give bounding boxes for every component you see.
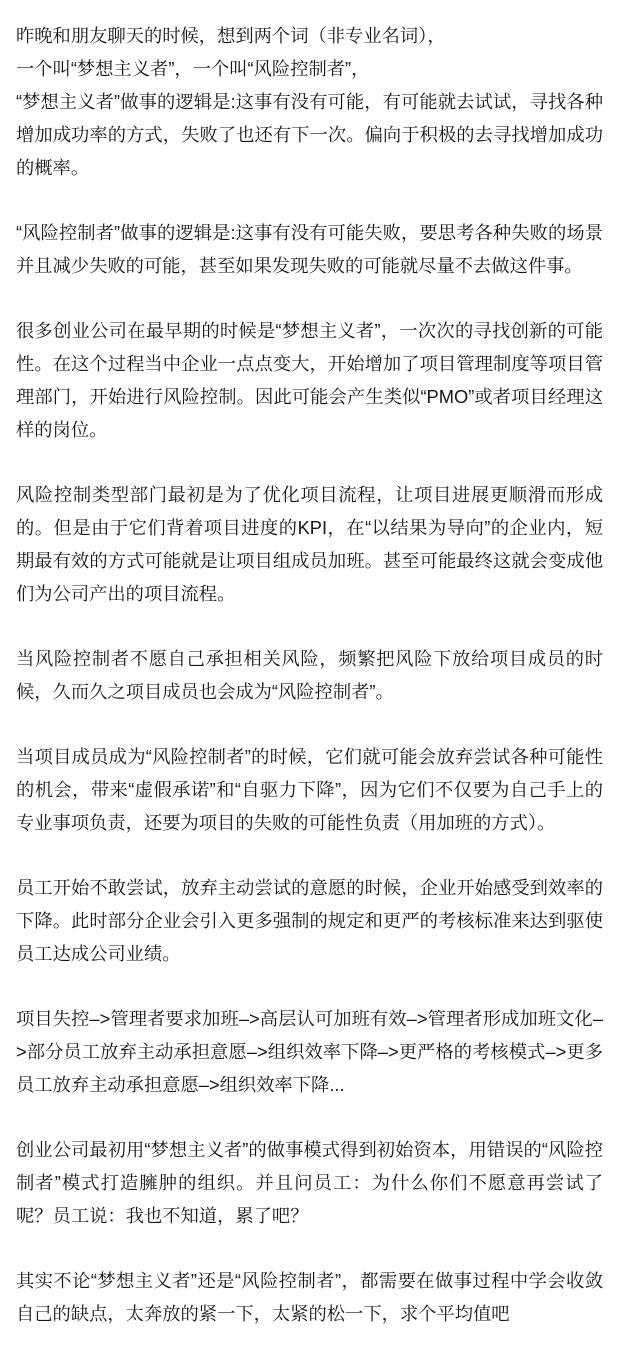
paragraph-members-become-controllers: 当项目成员成为“风险控制者”的时候，它们就可能会放弃尝试各种可能性的机会，带来“… xyxy=(16,740,603,839)
paragraph-bloated-org: 创业公司最初用“梦想主义者”的做事模式得到初始资本，用错误的“风险控制者”模式打… xyxy=(16,1133,603,1232)
paragraph-efficiency-drop: 员工开始不敢尝试，放弃主动尝试的意愿的时候，企业开始感受到效率的下降。此时部分企… xyxy=(16,871,603,970)
paragraph-overtime-chain: 项目失控–>管理者要求加班–>高层认可加班有效–>管理者形成加班文化–>部分员工… xyxy=(16,1002,603,1101)
paragraph-startup-dreamer: 很多创业公司在最早期的时候是“梦想主义者”，一次次的寻找创新的可能性。在这个过程… xyxy=(16,314,603,446)
paragraph-conclusion: 其实不论“梦想主义者”还是“风险控制者”，都需要在做事过程中学会收敛自己的缺点，… xyxy=(16,1264,603,1330)
text-post-page: 昨晚和朋友聊天的时候，想到两个词（非专业名词）， 一个叫“梦想主义者”，一个叫“… xyxy=(0,0,620,1346)
paragraph-risk-controller-logic: “风险控制者”做事的逻辑是:这事有没有可能失败，要思考各种失败的场景并且减少失败… xyxy=(16,216,603,282)
paragraph-risk-passed-down: 当风险控制者不愿自己承担相关风险，频繁把风险下放给项目成员的时候，久而久之项目成… xyxy=(16,642,603,708)
post-article: 昨晚和朋友聊天的时候，想到两个词（非专业名词）， 一个叫“梦想主义者”，一个叫“… xyxy=(16,19,603,1330)
paragraph-risk-dept-kpi: 风险控制类型部门最初是为了优化项目流程，让项目进展更顺滑而形成的。但是由于它们背… xyxy=(16,478,603,610)
paragraph-intro-two-terms: 昨晚和朋友聊天的时候，想到两个词（非专业名词）， 一个叫“梦想主义者”，一个叫“… xyxy=(16,19,603,184)
